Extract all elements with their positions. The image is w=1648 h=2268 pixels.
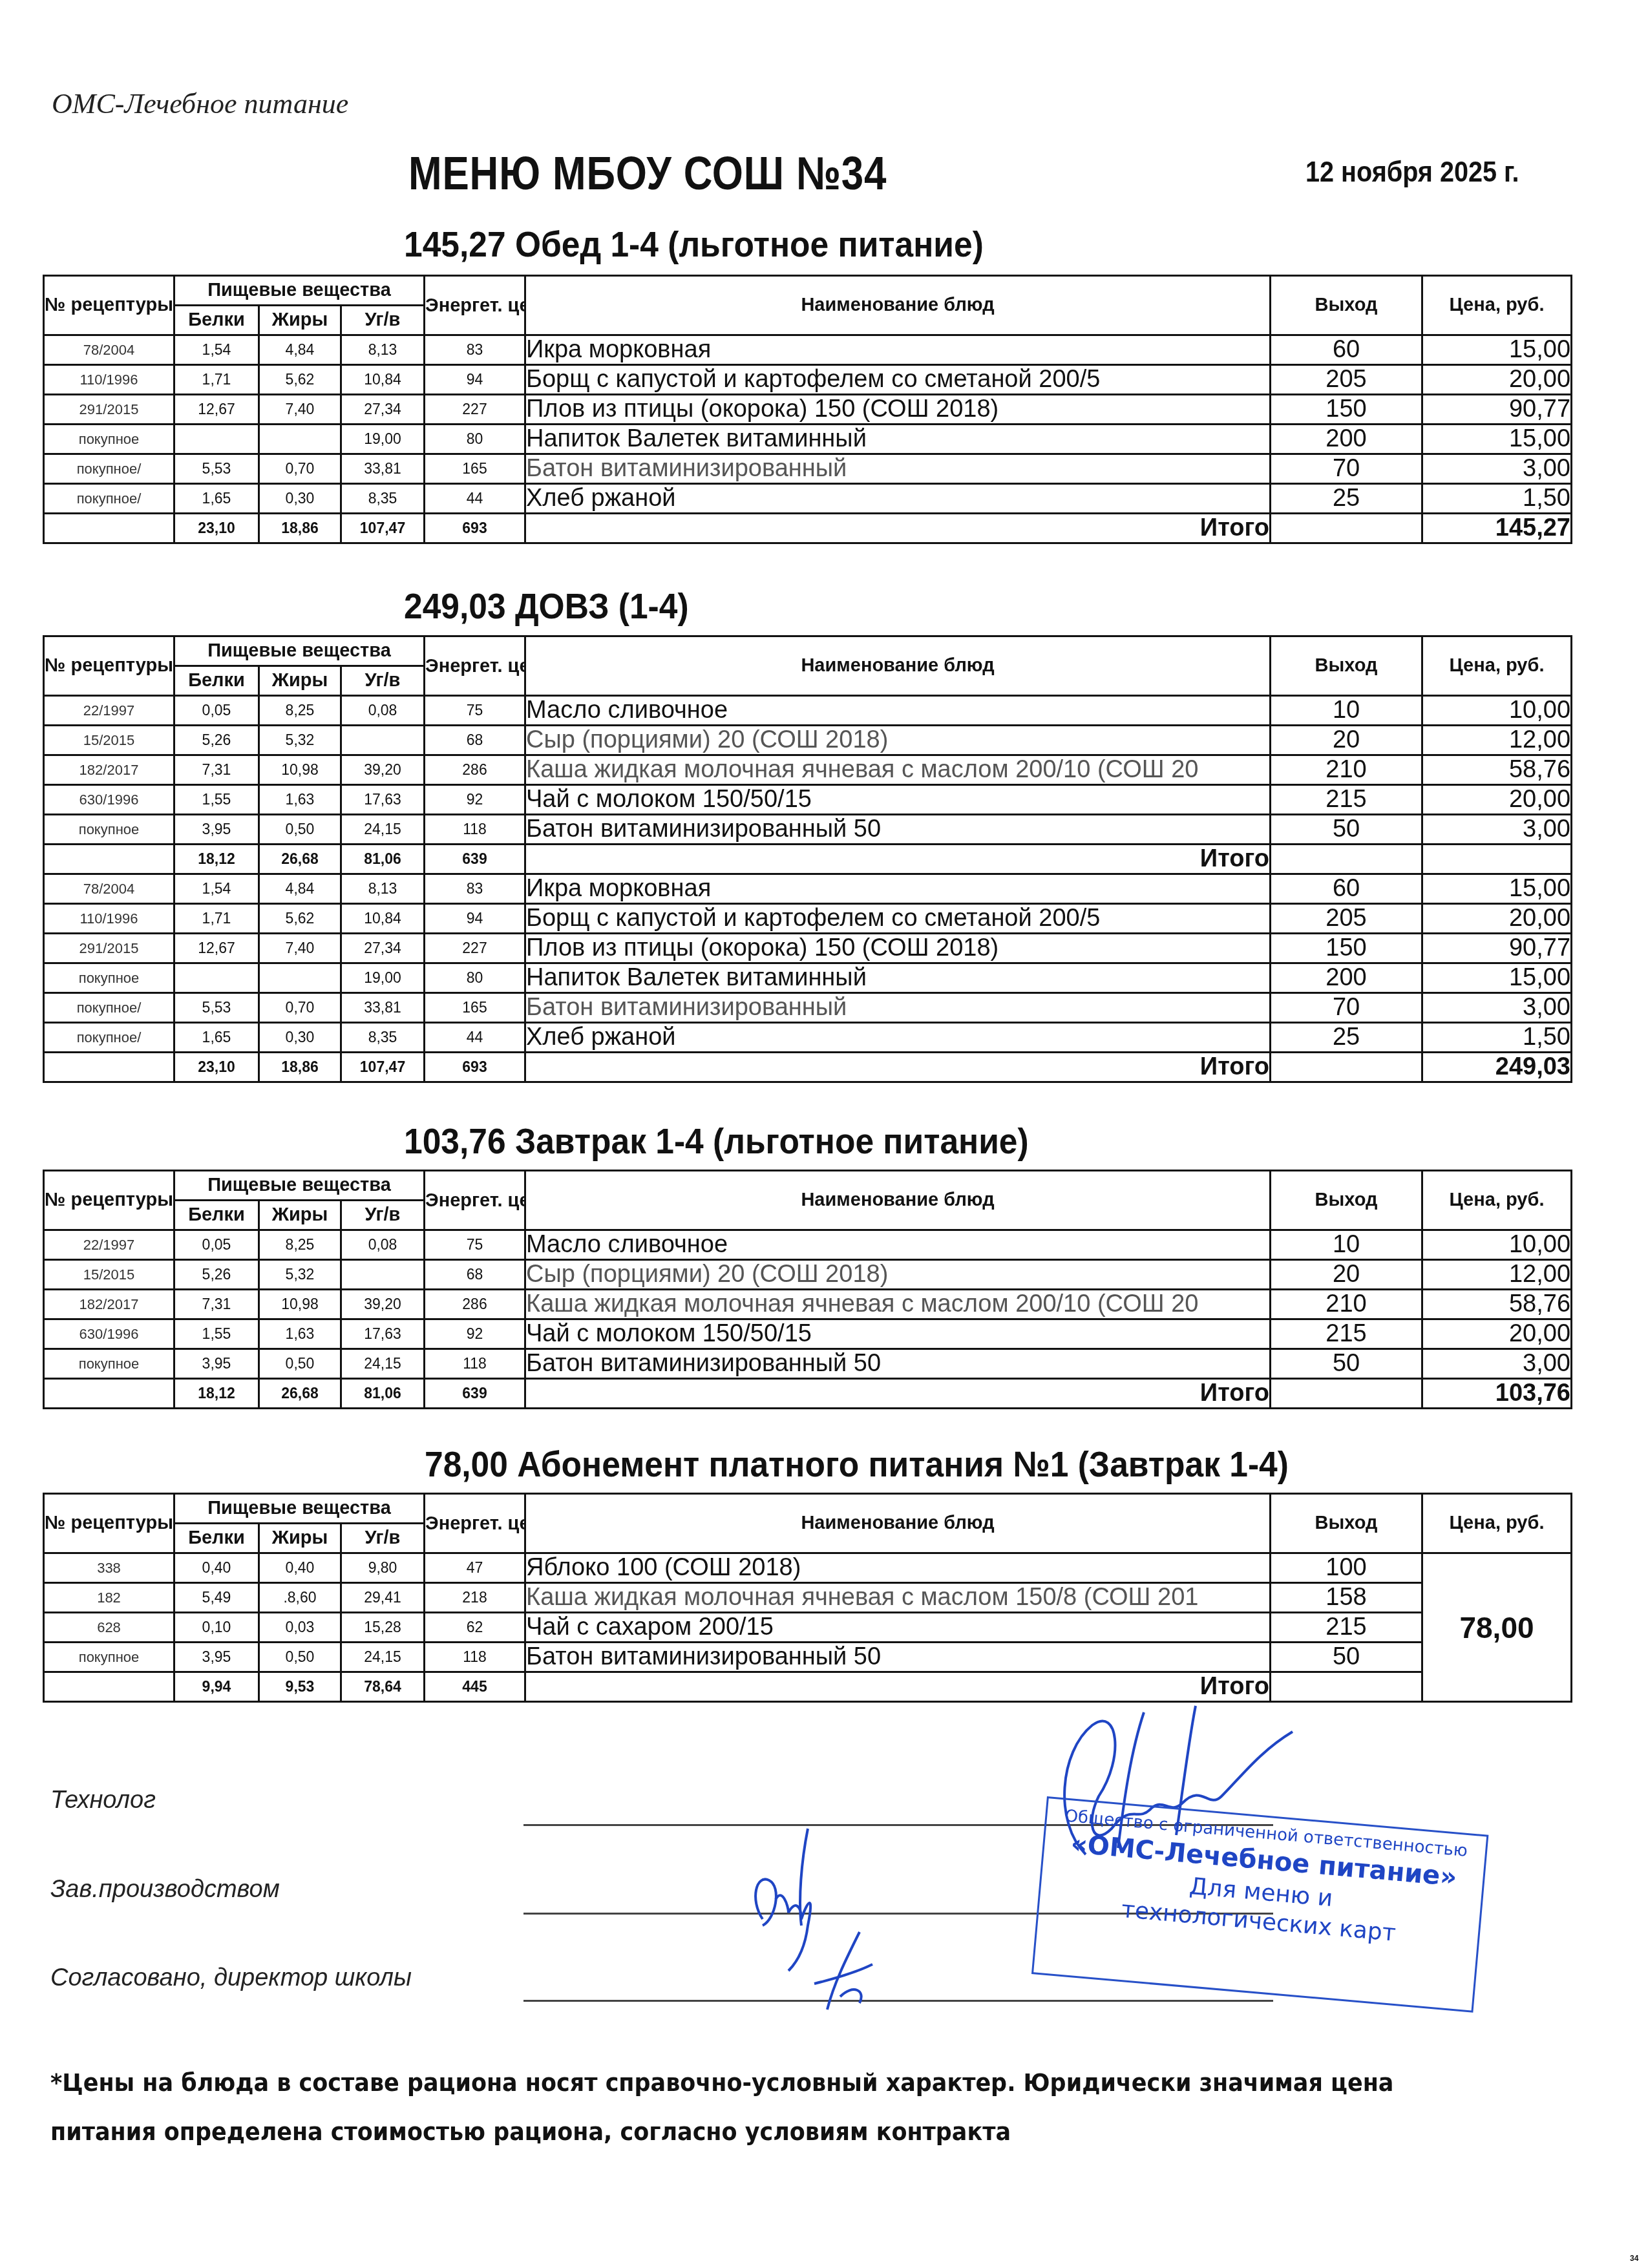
total-protein: 23,10 bbox=[174, 1053, 259, 1082]
dish-name: Хлеб ржаной bbox=[525, 484, 1271, 514]
dish-name: Чай с молоком 150/50/15 bbox=[525, 785, 1271, 815]
total-fat: 18,86 bbox=[259, 514, 341, 543]
protein-value bbox=[174, 963, 259, 993]
table-row: 110/19961,715,6210,8494Борщ с капустой и… bbox=[44, 365, 1572, 395]
carbs-value: 24,15 bbox=[341, 1349, 425, 1379]
fat-value: 1,63 bbox=[259, 1319, 341, 1349]
header-output: Выход bbox=[1271, 636, 1422, 696]
dish-price: 20,00 bbox=[1422, 365, 1572, 395]
dish-price: 58,76 bbox=[1422, 755, 1572, 785]
dish-output: 60 bbox=[1271, 335, 1422, 365]
header-recipe-no: № рецептуры bbox=[44, 1494, 174, 1553]
total-row: 9,949,5378,64445Итого bbox=[44, 1672, 1572, 1702]
protein-value: 5,53 bbox=[174, 454, 259, 484]
carbs-value: 10,84 bbox=[341, 365, 425, 395]
carbs-value: 27,34 bbox=[341, 395, 425, 425]
header-price: Цена, руб. bbox=[1422, 636, 1572, 696]
total-price bbox=[1422, 845, 1572, 874]
total-fat: 9,53 bbox=[259, 1672, 341, 1702]
dish-price: 3,00 bbox=[1422, 1349, 1572, 1379]
total-label: Итого bbox=[525, 514, 1271, 543]
menu-date: 12 ноября 2025 г. bbox=[1305, 156, 1519, 189]
dish-output: 50 bbox=[1271, 1349, 1422, 1379]
total-carbs: 107,47 bbox=[341, 1053, 425, 1082]
header-protein: Белки bbox=[174, 1524, 259, 1553]
energy-value: 286 bbox=[425, 1290, 525, 1319]
protein-value: 5,49 bbox=[174, 1583, 259, 1613]
recipe-number: 291/2015 bbox=[44, 395, 174, 425]
dish-name: Каша жидкая молочная ячневая с маслом 20… bbox=[525, 1290, 1271, 1319]
dish-price: 90,77 bbox=[1422, 934, 1572, 963]
fat-value: 10,98 bbox=[259, 755, 341, 785]
table-row: покупное3,950,5024,15118Батон витаминизи… bbox=[44, 1349, 1572, 1379]
header-price: Цена, руб. bbox=[1422, 276, 1572, 335]
recipe-number: 78/2004 bbox=[44, 335, 174, 365]
fat-value: 7,40 bbox=[259, 395, 341, 425]
menu-table: № рецептурыПищевые веществаЭнергет. ценн… bbox=[43, 275, 1572, 544]
total-label: Итого bbox=[525, 845, 1271, 874]
header-output: Выход bbox=[1271, 276, 1422, 335]
carbs-value: 9,80 bbox=[341, 1553, 425, 1583]
fat-value: 0,50 bbox=[259, 1643, 341, 1672]
carbs-value: 0,08 bbox=[341, 696, 425, 726]
carbs-value: 8,13 bbox=[341, 874, 425, 904]
empty-cell bbox=[1271, 1053, 1422, 1082]
total-protein: 23,10 bbox=[174, 514, 259, 543]
recipe-number: покупное bbox=[44, 1349, 174, 1379]
carbs-value: 29,41 bbox=[341, 1583, 425, 1613]
carbs-value: 39,20 bbox=[341, 755, 425, 785]
recipe-number: 630/1996 bbox=[44, 1319, 174, 1349]
table-row: 1825,49.8,6029,41218Каша жидкая молочная… bbox=[44, 1583, 1572, 1613]
dish-output: 150 bbox=[1271, 934, 1422, 963]
recipe-number: покупное bbox=[44, 815, 174, 845]
empty-cell bbox=[1271, 514, 1422, 543]
carbs-value: 17,63 bbox=[341, 785, 425, 815]
recipe-number: 628 bbox=[44, 1613, 174, 1643]
dish-output: 10 bbox=[1271, 1230, 1422, 1260]
header-carbs: Уг/в bbox=[341, 1201, 425, 1230]
fat-value: 5,32 bbox=[259, 726, 341, 755]
carbs-value: 8,13 bbox=[341, 335, 425, 365]
carbs-value: 19,00 bbox=[341, 425, 425, 454]
dish-output: 10 bbox=[1271, 696, 1422, 726]
dish-output: 25 bbox=[1271, 484, 1422, 514]
dish-price: 1,50 bbox=[1422, 484, 1572, 514]
fat-value: 5,32 bbox=[259, 1260, 341, 1290]
protein-value bbox=[174, 425, 259, 454]
protein-value: 12,67 bbox=[174, 934, 259, 963]
dish-output: 215 bbox=[1271, 785, 1422, 815]
protein-value: 0,10 bbox=[174, 1613, 259, 1643]
total-energy: 639 bbox=[425, 845, 525, 874]
energy-value: 68 bbox=[425, 726, 525, 755]
table-row: покупное/5,530,7033,81165Батон витаминиз… bbox=[44, 454, 1572, 484]
dish-price: 20,00 bbox=[1422, 1319, 1572, 1349]
protein-value: 1,55 bbox=[174, 1319, 259, 1349]
header-nutrients: Пищевые вещества bbox=[174, 1171, 425, 1201]
dish-output: 100 bbox=[1271, 1553, 1422, 1583]
total-row: 18,1226,6881,06639Итого bbox=[44, 845, 1572, 874]
protein-value: 0,05 bbox=[174, 1230, 259, 1260]
header-carbs: Уг/в bbox=[341, 306, 425, 335]
total-fat: 18,86 bbox=[259, 1053, 341, 1082]
recipe-number: покупное/ bbox=[44, 484, 174, 514]
header-output: Выход bbox=[1271, 1494, 1422, 1553]
menu-table: № рецептурыПищевые веществаЭнергет. ценн… bbox=[43, 635, 1572, 1083]
carbs-value: 24,15 bbox=[341, 815, 425, 845]
recipe-number: 338 bbox=[44, 1553, 174, 1583]
director-signature-line bbox=[523, 2000, 1273, 2002]
fat-value: 0,30 bbox=[259, 1023, 341, 1053]
header-dish-name: Наименование блюд bbox=[525, 1494, 1271, 1553]
section-title: 78,00 Абонемент платного питания №1 (Зав… bbox=[425, 1443, 1289, 1485]
fat-value bbox=[259, 425, 341, 454]
header-price: Цена, руб. bbox=[1422, 1171, 1572, 1230]
dish-price: 20,00 bbox=[1422, 904, 1572, 934]
protein-value: 5,26 bbox=[174, 726, 259, 755]
dish-name: Масло сливочное bbox=[525, 696, 1271, 726]
carbs-value: 17,63 bbox=[341, 1319, 425, 1349]
dish-output: 50 bbox=[1271, 815, 1422, 845]
table-row: 15/20155,265,3268Сыр (порциями) 20 (СОШ … bbox=[44, 726, 1572, 755]
energy-value: 286 bbox=[425, 755, 525, 785]
protein-value: 1,55 bbox=[174, 785, 259, 815]
dish-name: Борщ с капустой и картофелем со сметаной… bbox=[525, 365, 1271, 395]
total-label: Итого bbox=[525, 1053, 1271, 1082]
dish-name: Плов из птицы (окорока) 150 (СОШ 2018) bbox=[525, 934, 1271, 963]
energy-value: 165 bbox=[425, 993, 525, 1023]
protein-value: 5,26 bbox=[174, 1260, 259, 1290]
dish-output: 25 bbox=[1271, 1023, 1422, 1053]
dish-price: 15,00 bbox=[1422, 425, 1572, 454]
total-energy: 693 bbox=[425, 514, 525, 543]
table-row: 182/20177,3110,9839,20286Каша жидкая мол… bbox=[44, 755, 1572, 785]
dish-price: 1,50 bbox=[1422, 1023, 1572, 1053]
dish-output: 215 bbox=[1271, 1613, 1422, 1643]
protein-value: 1,65 bbox=[174, 484, 259, 514]
director-signature bbox=[801, 1926, 892, 2016]
total-protein: 9,94 bbox=[174, 1672, 259, 1702]
carbs-value: 10,84 bbox=[341, 904, 425, 934]
table-row: покупное/1,650,308,3544Хлеб ржаной251,50 bbox=[44, 1023, 1572, 1053]
dish-name: Сыр (порциями) 20 (СОШ 2018) bbox=[525, 1260, 1271, 1290]
dish-name: Масло сливочное bbox=[525, 1230, 1271, 1260]
energy-value: 44 bbox=[425, 1023, 525, 1053]
recipe-number: покупное bbox=[44, 1643, 174, 1672]
fat-value: 0,40 bbox=[259, 1553, 341, 1583]
empty-cell bbox=[44, 1053, 174, 1082]
fat-value: 0,70 bbox=[259, 454, 341, 484]
header-dish-name: Наименование блюд bbox=[525, 276, 1271, 335]
recipe-number: покупное/ bbox=[44, 993, 174, 1023]
dish-name: Чай с молоком 150/50/15 bbox=[525, 1319, 1271, 1349]
table-row: покупное19,0080Напиток Валетек витаминны… bbox=[44, 425, 1572, 454]
dish-name: Чай с сахаром 200/15 bbox=[525, 1613, 1271, 1643]
fat-value: 1,63 bbox=[259, 785, 341, 815]
fat-value: 8,25 bbox=[259, 1230, 341, 1260]
table-row: 110/19961,715,6210,8494Борщ с капустой и… bbox=[44, 904, 1572, 934]
recipe-number: 110/1996 bbox=[44, 904, 174, 934]
dish-price: 20,00 bbox=[1422, 785, 1572, 815]
fat-value: 0,70 bbox=[259, 993, 341, 1023]
dish-name: Борщ с капустой и картофелем со сметаной… bbox=[525, 904, 1271, 934]
header-output: Выход bbox=[1271, 1171, 1422, 1230]
protein-value: 12,67 bbox=[174, 395, 259, 425]
table-row: 3380,400,409,8047Яблоко 100 (СОШ 2018)10… bbox=[44, 1553, 1572, 1583]
total-row: 23,1018,86107,47693Итого249,03 bbox=[44, 1053, 1572, 1082]
dish-name: Напиток Валетек витаминный bbox=[525, 963, 1271, 993]
dish-output: 20 bbox=[1271, 1260, 1422, 1290]
dish-output: 205 bbox=[1271, 904, 1422, 934]
empty-cell bbox=[1271, 845, 1422, 874]
fat-value bbox=[259, 963, 341, 993]
technologist-label: Технолог bbox=[50, 1787, 156, 1814]
dish-price: 15,00 bbox=[1422, 335, 1572, 365]
empty-cell bbox=[1271, 1379, 1422, 1409]
table-row: 6280,100,0315,2862Чай с сахаром 200/1521… bbox=[44, 1613, 1572, 1643]
dish-output: 70 bbox=[1271, 993, 1422, 1023]
dish-price: 58,76 bbox=[1422, 1290, 1572, 1319]
dish-name: Плов из птицы (окорока) 150 (СОШ 2018) bbox=[525, 395, 1271, 425]
dish-name: Икра морковная bbox=[525, 335, 1271, 365]
energy-value: 118 bbox=[425, 815, 525, 845]
menu-table: № рецептурыПищевые веществаЭнергет. ценн… bbox=[43, 1493, 1572, 1703]
section-title: 145,27 Обед 1-4 (льготное питание) bbox=[404, 223, 984, 265]
dish-price: 10,00 bbox=[1422, 1230, 1572, 1260]
protein-value: 3,95 bbox=[174, 1643, 259, 1672]
dish-price: 3,00 bbox=[1422, 815, 1572, 845]
dish-output: 50 bbox=[1271, 1643, 1422, 1672]
energy-value: 92 bbox=[425, 1319, 525, 1349]
recipe-number: 22/1997 bbox=[44, 696, 174, 726]
carbs-value: 39,20 bbox=[341, 1290, 425, 1319]
total-row: 23,1018,86107,47693Итого145,27 bbox=[44, 514, 1572, 543]
carbs-value: 33,81 bbox=[341, 454, 425, 484]
fat-value: 8,25 bbox=[259, 696, 341, 726]
recipe-number: 15/2015 bbox=[44, 1260, 174, 1290]
total-label: Итого bbox=[525, 1379, 1271, 1409]
protein-value: 1,54 bbox=[174, 874, 259, 904]
fat-value: 4,84 bbox=[259, 874, 341, 904]
price-footnote: *Цены на блюда в составе рациона носят с… bbox=[50, 2058, 1418, 2156]
table-row: покупное3,950,5024,15118Батон витаминизи… bbox=[44, 815, 1572, 845]
header-fat: Жиры bbox=[259, 1524, 341, 1553]
fat-value: .8,60 bbox=[259, 1583, 341, 1613]
protein-value: 0,40 bbox=[174, 1553, 259, 1583]
empty-cell bbox=[44, 845, 174, 874]
energy-value: 227 bbox=[425, 934, 525, 963]
section-title: 103,76 Завтрак 1-4 (льготное питание) bbox=[404, 1120, 1029, 1162]
protein-value: 3,95 bbox=[174, 815, 259, 845]
table-row: 291/201512,677,4027,34227Плов из птицы (… bbox=[44, 934, 1572, 963]
dish-price: 15,00 bbox=[1422, 963, 1572, 993]
organization-name: ОМС-Лечебное питание bbox=[52, 87, 348, 120]
header-carbs: Уг/в bbox=[341, 666, 425, 696]
dish-price: 12,00 bbox=[1422, 1260, 1572, 1290]
recipe-number: 182/2017 bbox=[44, 1290, 174, 1319]
table-row: 291/201512,677,4027,34227Плов из птицы (… bbox=[44, 395, 1572, 425]
carbs-value: 27,34 bbox=[341, 934, 425, 963]
header-recipe-no: № рецептуры bbox=[44, 276, 174, 335]
dish-name: Хлеб ржаной bbox=[525, 1023, 1271, 1053]
table-row: 630/19961,551,6317,6392Чай с молоком 150… bbox=[44, 785, 1572, 815]
dish-name: Яблоко 100 (СОШ 2018) bbox=[525, 1553, 1271, 1583]
fat-value: 0,50 bbox=[259, 815, 341, 845]
total-row: 18,1226,6881,06639Итого103,76 bbox=[44, 1379, 1572, 1409]
dish-output: 200 bbox=[1271, 425, 1422, 454]
total-fat: 26,68 bbox=[259, 845, 341, 874]
dish-price: 10,00 bbox=[1422, 696, 1572, 726]
header-nutrients: Пищевые вещества bbox=[174, 1494, 425, 1524]
energy-value: 68 bbox=[425, 1260, 525, 1290]
energy-value: 118 bbox=[425, 1349, 525, 1379]
empty-cell bbox=[44, 1379, 174, 1409]
carbs-value: 19,00 bbox=[341, 963, 425, 993]
dish-output: 70 bbox=[1271, 454, 1422, 484]
fat-value: 4,84 bbox=[259, 335, 341, 365]
dish-name: Батон витаминизированный bbox=[525, 993, 1271, 1023]
company-stamp: Общество с ограниченной ответственностью… bbox=[1031, 1796, 1488, 2013]
table-row: покупное/1,650,308,3544Хлеб ржаной251,50 bbox=[44, 484, 1572, 514]
recipe-number: 15/2015 bbox=[44, 726, 174, 755]
energy-value: 94 bbox=[425, 365, 525, 395]
energy-value: 83 bbox=[425, 874, 525, 904]
recipe-number: 110/1996 bbox=[44, 365, 174, 395]
protein-value: 3,95 bbox=[174, 1349, 259, 1379]
protein-value: 1,65 bbox=[174, 1023, 259, 1053]
header-nutrients: Пищевые вещества bbox=[174, 636, 425, 666]
dish-output: 215 bbox=[1271, 1319, 1422, 1349]
energy-value: 80 bbox=[425, 963, 525, 993]
total-fat: 26,68 bbox=[259, 1379, 341, 1409]
dish-name: Батон витаминизированный 50 bbox=[525, 1643, 1271, 1672]
protein-value: 5,53 bbox=[174, 993, 259, 1023]
total-price: 249,03 bbox=[1422, 1053, 1572, 1082]
header-protein: Белки bbox=[174, 306, 259, 335]
recipe-number: покупное/ bbox=[44, 1023, 174, 1053]
dish-output: 205 bbox=[1271, 365, 1422, 395]
fat-value: 10,98 bbox=[259, 1290, 341, 1319]
recipe-number: покупное/ bbox=[44, 454, 174, 484]
header-dish-name: Наименование блюд bbox=[525, 1171, 1271, 1230]
energy-value: 83 bbox=[425, 335, 525, 365]
fat-value: 7,40 bbox=[259, 934, 341, 963]
table-row: покупное19,0080Напиток Валетек витаминны… bbox=[44, 963, 1572, 993]
table-row: покупное/5,530,7033,81165Батон витаминиз… bbox=[44, 993, 1572, 1023]
table-row: 78/20041,544,848,1383Икра морковная6015,… bbox=[44, 874, 1572, 904]
recipe-number: 182/2017 bbox=[44, 755, 174, 785]
fat-value: 5,62 bbox=[259, 904, 341, 934]
header-nutrients: Пищевые вещества bbox=[174, 276, 425, 306]
total-label: Итого bbox=[525, 1672, 1271, 1702]
header-carbs: Уг/в bbox=[341, 1524, 425, 1553]
table-row: 15/20155,265,3268Сыр (порциями) 20 (СОШ … bbox=[44, 1260, 1572, 1290]
carbs-value: 8,35 bbox=[341, 1023, 425, 1053]
table-row: 630/19961,551,6317,6392Чай с молоком 150… bbox=[44, 1319, 1572, 1349]
dish-price: 90,77 bbox=[1422, 395, 1572, 425]
energy-value: 218 bbox=[425, 1583, 525, 1613]
protein-value: 1,71 bbox=[174, 904, 259, 934]
header-protein: Белки bbox=[174, 666, 259, 696]
dish-output: 150 bbox=[1271, 395, 1422, 425]
header-energy: Энергет. ценн. Ккал bbox=[425, 636, 525, 696]
total-carbs: 78,64 bbox=[341, 1672, 425, 1702]
dish-output: 210 bbox=[1271, 755, 1422, 785]
energy-value: 44 bbox=[425, 484, 525, 514]
protein-value: 0,05 bbox=[174, 696, 259, 726]
recipe-number: 22/1997 bbox=[44, 1230, 174, 1260]
header-protein: Белки bbox=[174, 1201, 259, 1230]
header-dish-name: Наименование блюд bbox=[525, 636, 1271, 696]
total-carbs: 81,06 bbox=[341, 1379, 425, 1409]
table-row: покупное3,950,5024,15118Батон витаминизи… bbox=[44, 1643, 1572, 1672]
header-recipe-no: № рецептуры bbox=[44, 1171, 174, 1230]
header-fat: Жиры bbox=[259, 306, 341, 335]
header-energy: Энергет. ценн. Ккал bbox=[425, 1494, 525, 1553]
total-price: 145,27 bbox=[1422, 514, 1572, 543]
energy-value: 75 bbox=[425, 1230, 525, 1260]
energy-value: 227 bbox=[425, 395, 525, 425]
empty-cell bbox=[44, 1672, 174, 1702]
protein-value: 7,31 bbox=[174, 1290, 259, 1319]
dish-price: 12,00 bbox=[1422, 726, 1572, 755]
dish-name: Напиток Валетек витаминный bbox=[525, 425, 1271, 454]
carbs-value: 33,81 bbox=[341, 993, 425, 1023]
dish-output: 20 bbox=[1271, 726, 1422, 755]
empty-cell bbox=[44, 514, 174, 543]
header-recipe-no: № рецептуры bbox=[44, 636, 174, 696]
total-energy: 639 bbox=[425, 1379, 525, 1409]
dish-name: Каша жидкая молочная ячневая с маслом 20… bbox=[525, 755, 1271, 785]
dish-name: Каша жидкая молочная ячневая с маслом 15… bbox=[525, 1583, 1271, 1613]
dish-output: 210 bbox=[1271, 1290, 1422, 1319]
dish-name: Батон витаминизированный 50 bbox=[525, 1349, 1271, 1379]
recipe-number: 630/1996 bbox=[44, 785, 174, 815]
dish-price: 15,00 bbox=[1422, 874, 1572, 904]
total-carbs: 81,06 bbox=[341, 845, 425, 874]
energy-value: 47 bbox=[425, 1553, 525, 1583]
dish-output: 200 bbox=[1271, 963, 1422, 993]
ration-price: 78,00 bbox=[1422, 1553, 1572, 1702]
recipe-number: покупное bbox=[44, 963, 174, 993]
header-energy: Энергет. ценн. Ккал bbox=[425, 276, 525, 335]
total-energy: 693 bbox=[425, 1053, 525, 1082]
dish-name: Батон витаминизированный 50 bbox=[525, 815, 1271, 845]
dish-name: Сыр (порциями) 20 (СОШ 2018) bbox=[525, 726, 1271, 755]
recipe-number: 182 bbox=[44, 1583, 174, 1613]
total-price: 103,76 bbox=[1422, 1379, 1572, 1409]
header-price: Цена, руб. bbox=[1422, 1494, 1572, 1553]
table-row: 78/20041,544,848,1383Икра морковная6015,… bbox=[44, 335, 1572, 365]
total-protein: 18,12 bbox=[174, 845, 259, 874]
dish-output: 60 bbox=[1271, 874, 1422, 904]
fat-value: 0,30 bbox=[259, 484, 341, 514]
carbs-value: 0,08 bbox=[341, 1230, 425, 1260]
energy-value: 118 bbox=[425, 1643, 525, 1672]
protein-value: 1,54 bbox=[174, 335, 259, 365]
page-title: МЕНЮ МБОУ СОШ №34 bbox=[408, 147, 887, 200]
dish-price: 3,00 bbox=[1422, 993, 1572, 1023]
dish-name: Батон витаминизированный bbox=[525, 454, 1271, 484]
protein-value: 7,31 bbox=[174, 755, 259, 785]
carbs-value: 15,28 bbox=[341, 1613, 425, 1643]
energy-value: 75 bbox=[425, 696, 525, 726]
header-fat: Жиры bbox=[259, 1201, 341, 1230]
carbs-value: 8,35 bbox=[341, 484, 425, 514]
energy-value: 80 bbox=[425, 425, 525, 454]
energy-value: 62 bbox=[425, 1613, 525, 1643]
